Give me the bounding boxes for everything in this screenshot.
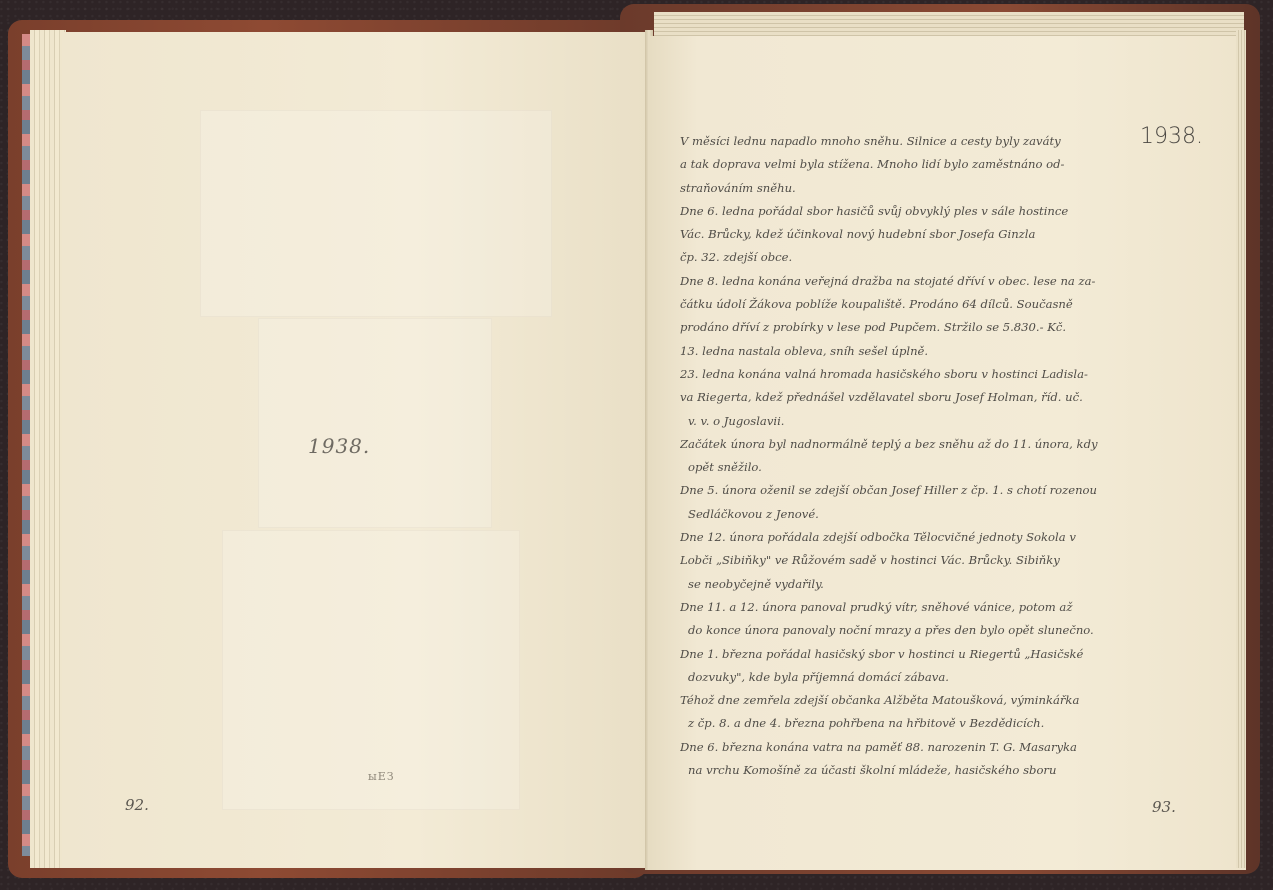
ghost-imprint-1 — [200, 110, 552, 317]
text-line: na vrchu Komošíně za účasti školní mláde… — [680, 759, 1130, 782]
ghost-imprint-3 — [222, 530, 520, 810]
text-line: Začátek února byl nadnormálně teplý a be… — [680, 433, 1130, 456]
left-page-number: 92. — [125, 796, 149, 814]
page-stack-left — [30, 30, 66, 868]
text-line: dozvuky", kde byla příjemná domácí zábav… — [680, 666, 1130, 689]
marbled-edge — [22, 34, 30, 856]
text-line: Dne 6. března konána vatra na paměť 88. … — [680, 736, 1130, 759]
text-line: straňováním sněhu. — [680, 177, 1130, 200]
text-line: se neobyčejně vydařily. — [680, 573, 1130, 596]
text-line: va Riegerta, kdež přednášel vzdělavatel … — [680, 386, 1130, 409]
text-line: Dne 5. února oženil se zdejší občan Jose… — [680, 479, 1130, 502]
handwritten-text-block: V měsíci lednu napadlo mnoho sněhu. Siln… — [680, 130, 1130, 782]
text-line: Dne 11. a 12. února panoval prudký vítr,… — [680, 596, 1130, 619]
text-line: Dne 1. března pořádal hasičský sbor v ho… — [680, 643, 1130, 666]
text-line: Sedláčkovou z Jenové. — [680, 503, 1130, 526]
page-stack-top-right — [654, 12, 1244, 38]
text-line: Dne 12. února pořádala zdejší odbočka Tě… — [680, 526, 1130, 549]
text-line: a tak doprava velmi byla stížena. Mnoho … — [680, 153, 1130, 176]
text-line: 13. ledna nastala obleva, sníh sešel úpl… — [680, 340, 1130, 363]
text-line: čp. 32. zdejší obce. — [680, 246, 1130, 269]
text-line: Téhož dne zemřela zdejší občanka Alžběta… — [680, 689, 1130, 712]
text-line: v. v. o Jugoslavii. — [680, 410, 1130, 433]
text-line: do konce února panovaly noční mrazy a př… — [680, 619, 1130, 642]
ghost-imprint-2 — [258, 318, 492, 528]
text-line: z čp. 8. a dne 4. března pohřbena na hřb… — [680, 712, 1130, 735]
right-page-year-heading: 1938. — [1140, 124, 1203, 149]
stamp-mark: ыЕЗ — [368, 770, 395, 783]
text-line: prodáno dříví z probírky v lese pod Pupč… — [680, 316, 1130, 339]
text-line: Lobči „Sibiňky" ve Růžovém sadě v hostin… — [680, 549, 1130, 572]
text-line: Dne 6. ledna pořádal sbor hasičů svůj ob… — [680, 200, 1130, 223]
text-line: V měsíci lednu napadlo mnoho sněhu. Siln… — [680, 130, 1130, 153]
text-line: Dne 8. ledna konána veřejná dražba na st… — [680, 270, 1130, 293]
text-line: 23. ledna konána valná hromada hasičskéh… — [680, 363, 1130, 386]
page-stack-right-edge — [1236, 30, 1246, 868]
text-line: opět sněžilo. — [680, 456, 1130, 479]
right-page-number: 93. — [1152, 798, 1176, 816]
text-line: Vác. Brůcky, kdež účinkoval nový hudební… — [680, 223, 1130, 246]
left-page-year-heading: 1938. — [308, 434, 370, 458]
text-line: čátku údolí Žákova poblíže koupaliště. P… — [680, 293, 1130, 316]
